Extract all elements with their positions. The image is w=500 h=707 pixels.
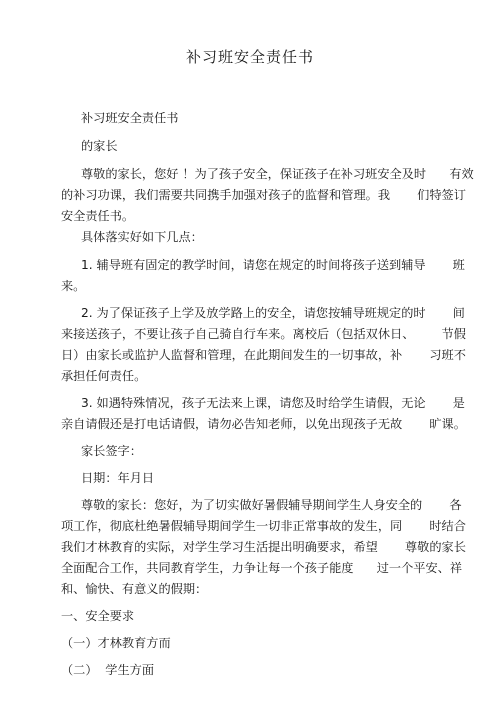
text-line: 来。: [61, 279, 85, 293]
text-line: 项工作，彻底杜绝暑假辅导期间学生一切非正常事故的发生，同 时结合: [61, 519, 466, 533]
text-line: 3. 如遇特殊情况，孩子无法来上课，请您及时给学生请假，无论 是: [81, 396, 465, 410]
text-line: 全面配合工作，共同教育学生，力争让每一个孩子能度 过一个平安、祥: [61, 561, 462, 575]
text-line: 一、安全要求: [61, 609, 134, 623]
text-line: 补习班安全责任书: [81, 111, 179, 125]
text-line: 2. 为了保证孩子上学及放学路上的安全，请您按辅导班规定的时 间: [81, 306, 465, 320]
text-line: 安全责任书。: [61, 209, 134, 223]
text-line: 1. 辅导班有固定的教学时间，请您在规定的时间将孩子送到辅导 班: [81, 258, 465, 272]
text-line: 家长签字：: [81, 444, 142, 458]
text-line: （二） 学生方面: [61, 663, 154, 677]
text-line: 承担任何责任。: [61, 369, 146, 383]
document-title: 补习班安全责任书: [0, 46, 500, 67]
text-line: 的补习功课，我们需要共同携手加强对孩子的监督和管理。我 们特签订: [61, 188, 466, 202]
text-line: 的家长: [81, 139, 118, 153]
text-line: 日）由家长或监护人监督和管理，在此期间发生的一切事故，补 习班不: [61, 348, 466, 362]
text-line: 和、愉快、有意义的假期：: [61, 582, 207, 596]
text-line: 来接送孩子，不要让孩子自己骑自行车来。离校后（包括双休日、 节假: [61, 327, 466, 341]
text-line: 尊敬的家长：您好，为了切实做好暑假辅导期间学生人身安全的 各: [81, 498, 462, 512]
text-line: （一）才林教育方而: [61, 636, 171, 650]
text-line: 具体落实好如下几点：: [81, 230, 203, 244]
text-line: 我们才林教育的实际，对学生学习生活提出明确要求，希望 尊敬的家长: [61, 540, 466, 554]
text-line: 亲自请假还是打电话请假，请勿必告知老师，以免出现孩子无故 旷课。: [61, 417, 466, 431]
text-line: 尊敬的家长，您好 ！为了孩子安全，保证孩子在补习班安全及时 有效: [81, 167, 474, 181]
text-line: 日期：年月日: [81, 471, 154, 485]
